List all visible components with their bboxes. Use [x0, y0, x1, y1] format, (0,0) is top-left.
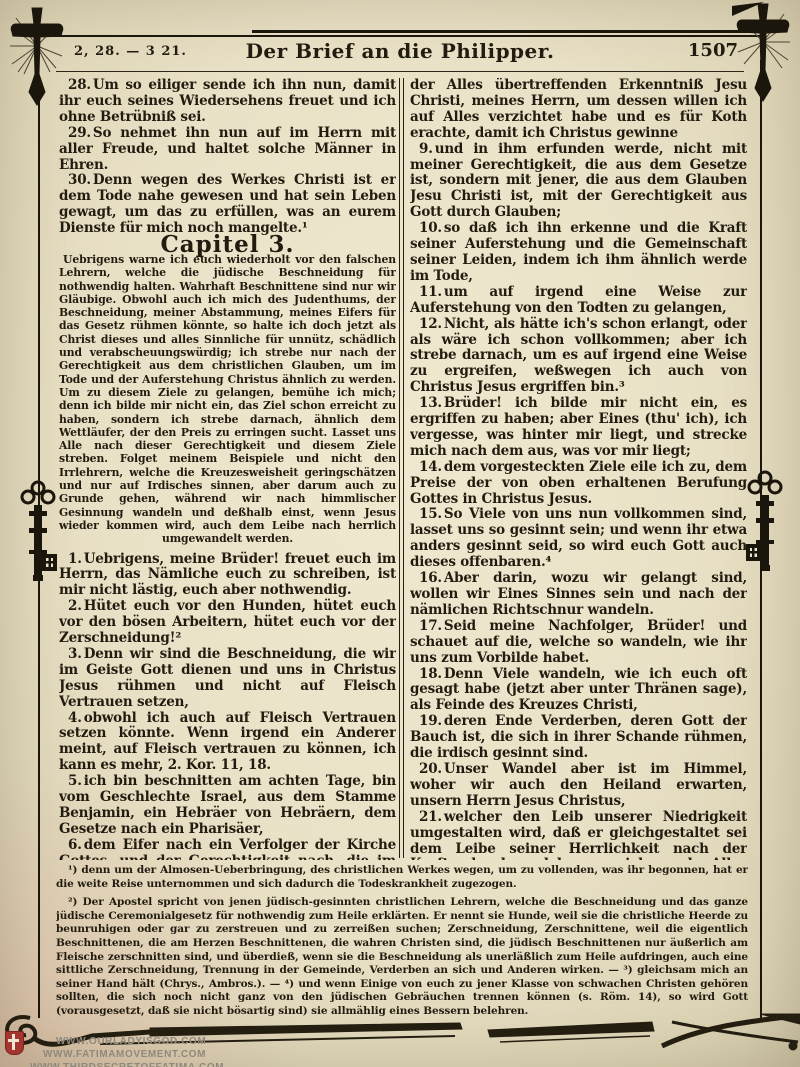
- chapter-summary: Uebrigens warne ich euch wiederholt vor …: [59, 253, 396, 546]
- verse-text: Denn wegen des Werkes Christi ist er dem…: [59, 172, 396, 236]
- verse: 12.Nicht, als hätte ich's schon erlangt,…: [410, 317, 747, 397]
- verse-number: 6.: [68, 837, 84, 853]
- top-border-rule: [252, 30, 762, 33]
- verse: 13.Brüder! ich bilde mir nicht ein, es e…: [410, 396, 747, 460]
- page-title: Der Brief an die Philipper.: [0, 39, 800, 63]
- chapter-heading: Capitel 3.: [59, 237, 396, 253]
- verse-text: und in ihm erfunden werde, nicht mit mei…: [410, 141, 747, 221]
- verse: 17.Seid meine Nachfolger, Brüder! und sc…: [410, 619, 747, 667]
- verse-text: dem Eifer nach ein Verfolger der Kirche …: [59, 837, 396, 860]
- verse: 19.deren Ende Verderben, deren Gott der …: [410, 714, 747, 762]
- verse-number: 29.: [68, 125, 93, 141]
- verse: 10.so daß ich ihn erkenne und die Kraft …: [410, 221, 747, 285]
- shield-logo-icon: [5, 1031, 24, 1055]
- verse: 5.ich bin beschnitten am achten Tage, bi…: [59, 774, 396, 838]
- verse: 9.und in ihm erfunden werde, nicht mit m…: [410, 142, 747, 222]
- verse-text: So nehmet ihn nun auf im Herrn mit aller…: [59, 125, 396, 173]
- verse: 18.Denn Viele wandeln, wie ich euch oft …: [410, 667, 747, 715]
- watermark-line: WWW.OURLADYISGOD.COM: [30, 1035, 224, 1048]
- verse-number: 12.: [419, 316, 444, 332]
- verse-number: 10.: [419, 220, 444, 236]
- verse-number: 13.: [419, 395, 444, 411]
- key-ornament-icon: [744, 468, 786, 580]
- watermark-line: WWW.FATIMAMOVEMENT.COM: [30, 1048, 224, 1061]
- header-underline-rule: [56, 71, 744, 72]
- verse-number: 30.: [68, 172, 93, 188]
- verse-text: um auf irgend eine Weise zur Auferstehun…: [410, 284, 747, 316]
- verse-text: So Viele von uns nun vollkommen sind, la…: [410, 506, 747, 570]
- verse: 3.Denn wir sind die Beschneidung, die wi…: [59, 647, 396, 711]
- verse8-continuation: der Alles übertreffenden Erkenntniß Jesu…: [410, 78, 747, 142]
- verse-number: 9.: [419, 141, 435, 157]
- footnotes-section: ¹) denn um der Almosen-Ueberbringung, de…: [56, 864, 748, 1022]
- column-divider-rule: [399, 78, 404, 858]
- verse-number: 19.: [419, 713, 444, 729]
- verse-number: 1.: [68, 551, 84, 567]
- verse: 28.Um so eiliger sende ich ihn nun, dami…: [59, 78, 396, 126]
- verse: 15.So Viele von uns nun vollkommen sind,…: [410, 507, 747, 571]
- right-text-column: der Alles übertreffenden Erkenntniß Jesu…: [410, 78, 747, 860]
- verse-text: Uebrigens, meine Brüder! freuet euch im …: [59, 551, 396, 599]
- verse: 6.dem Eifer nach ein Verfolger der Kirch…: [59, 838, 396, 860]
- verse-number: 17.: [419, 618, 444, 634]
- verse-number: 4.: [68, 710, 84, 726]
- verse-text: Brüder! ich bilde mir nicht ein, es ergr…: [410, 395, 747, 459]
- verse-text: Hütet euch vor den Hunden, hütet euch vo…: [59, 598, 396, 646]
- verse-text: Unser Wandel aber ist im Himmel, woher w…: [410, 761, 747, 809]
- chapter3-verses-continued: 9.und in ihm erfunden werde, nicht mit m…: [410, 142, 747, 860]
- verse-text: Um so eiliger sende ich ihn nun, damit i…: [59, 78, 396, 125]
- verse: 14.dem vorgesteckten Ziele eile ich zu, …: [410, 460, 747, 508]
- chapter2-verses: 28.Um so eiliger sende ich ihn nun, dami…: [59, 78, 396, 237]
- verse: 21.welcher den Leib unserer Niedrigkeit …: [410, 810, 747, 860]
- verse-text: obwohl ich auch auf Fleisch Vertrauen se…: [59, 710, 396, 774]
- verse: 16.Aber darin, wozu wir gelangt sind, wo…: [410, 571, 747, 619]
- chapter3-verses: 1.Uebrigens, meine Brüder! freuet euch i…: [59, 552, 396, 861]
- verse-text: Aber darin, wozu wir gelangt sind, wolle…: [410, 570, 747, 618]
- verse: 20.Unser Wandel aber ist im Himmel, wohe…: [410, 762, 747, 810]
- verse-number: 14.: [419, 459, 444, 475]
- verse-number: 2.: [68, 598, 84, 614]
- verse-number: 18.: [419, 666, 444, 682]
- verse-text: Seid meine Nachfolger, Brüder! und schau…: [410, 618, 747, 666]
- verse-number: 5.: [68, 773, 84, 789]
- verse-number: 28.: [68, 78, 93, 93]
- page-number: 1507: [688, 40, 738, 61]
- key-ornament-icon: [17, 478, 59, 590]
- left-text-column: 28.Um so eiliger sende ich ihn nun, dami…: [59, 78, 396, 860]
- watermark: WWW.OURLADYISGOD.COM WWW.FATIMAMOVEMENT.…: [30, 1035, 224, 1067]
- verse-text: ich bin beschnitten am achten Tage, bin …: [59, 773, 396, 837]
- footnote: ¹) denn um der Almosen-Ueberbringung, de…: [56, 864, 748, 891]
- verse-number: 3.: [68, 646, 84, 662]
- verse-text: Nicht, als hätte ich's schon erlangt, od…: [410, 316, 747, 396]
- verse-number: 11.: [419, 284, 444, 300]
- scanned-bible-page: 2, 28. — 3 21. Der Brief an die Philippe…: [0, 0, 800, 1067]
- verse: 11.um auf irgend eine Weise zur Auferste…: [410, 285, 747, 317]
- verse: 1.Uebrigens, meine Brüder! freuet euch i…: [59, 552, 396, 600]
- verse-text: dem vorgesteckten Ziele eile ich zu, dem…: [410, 459, 747, 507]
- verse-number: 20.: [419, 761, 444, 777]
- verse-text: welcher den Leib unserer Niedrigkeit umg…: [410, 809, 747, 860]
- verse-text: deren Ende Verderben, deren Gott der Bau…: [410, 713, 747, 761]
- verse-number: 15.: [419, 506, 444, 522]
- verse-number: 21.: [419, 809, 444, 825]
- verse-text: Denn Viele wandeln, wie ich euch oft ges…: [410, 666, 747, 714]
- footnote: ²) Der Apostel spricht von jenen jüdisch…: [56, 896, 748, 1018]
- verse: 2.Hütet euch vor den Hunden, hütet euch …: [59, 599, 396, 647]
- verse: 30.Denn wegen des Werkes Christi ist er …: [59, 173, 396, 237]
- verse: 4.obwohl ich auch auf Fleisch Vertrauen …: [59, 711, 396, 775]
- top-border-rule-thin: [30, 35, 760, 37]
- verse: 29.So nehmet ihn nun auf im Herrn mit al…: [59, 126, 396, 174]
- verse-text: Denn wir sind die Beschneidung, die wir …: [59, 646, 396, 710]
- verse-number: 16.: [419, 570, 444, 586]
- watermark-line: WWW.THIRDSECRETOFFATIMA.COM: [30, 1061, 224, 1067]
- verse-text: so daß ich ihn erkenne und die Kraft sei…: [410, 220, 747, 284]
